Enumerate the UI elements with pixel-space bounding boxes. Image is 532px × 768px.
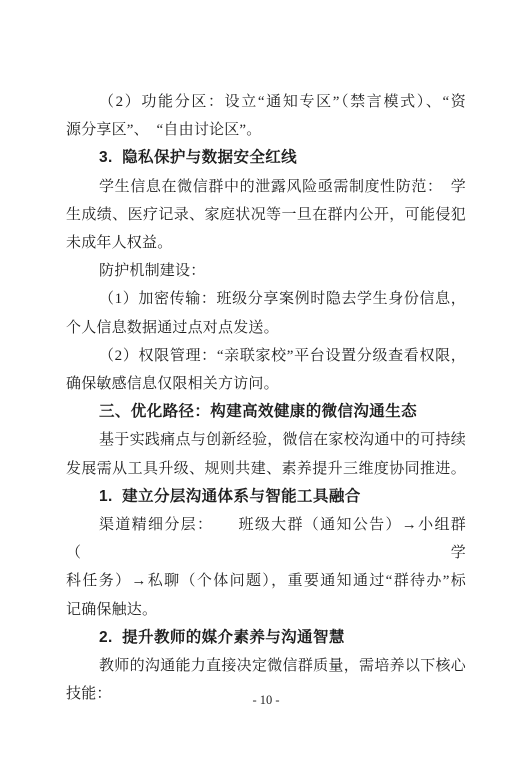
- body-line: 确保敏感信息仅限相关方访问。: [66, 370, 466, 398]
- body-line: 教师的沟通能力直接决定微信群质量，需培养以下核心: [66, 652, 466, 680]
- document-page: （2）功能分区：设立“通知专区”（禁言模式）、“资 源分享区”、 “自由讨论区”…: [66, 88, 466, 708]
- body-line: （2）功能分区：设立“通知专区”（禁言模式）、“资: [66, 88, 466, 116]
- heading-2-teacher-literacy: 2. 提升教师的媒介素养与沟通智慧: [66, 624, 466, 652]
- body-line: 记确保触达。: [66, 596, 466, 624]
- page-number: - 10 -: [0, 693, 532, 708]
- body-line: 渠道精细分层： 班级大群（通知公告）→小组群（学: [66, 511, 466, 567]
- body-line: 学生信息在微信群中的泄露风险亟需制度性防范： 学: [66, 173, 466, 201]
- body-line: 防护机制建设：: [66, 257, 466, 285]
- body-line: 生成绩、医疗记录、家庭状况等一旦在群内公开，可能侵犯: [66, 201, 466, 229]
- body-line: 发展需从工具升级、规则共建、素养提升三维度协同推进。: [66, 455, 466, 483]
- body-line: （2）权限管理：“亲联家校”平台设置分级查看权限，: [66, 342, 466, 370]
- heading-3-privacy-data-safety: 3. 隐私保护与数据安全红线: [66, 144, 466, 172]
- body-line: （1）加密传输：班级分享案例时隐去学生身份信息，: [66, 285, 466, 313]
- body-line: 基于实践痛点与创新经验，微信在家校沟通中的可持续: [66, 426, 466, 454]
- heading-1-layered-communication: 1. 建立分层沟通体系与智能工具融合: [66, 483, 466, 511]
- body-line: 未成年人权益。: [66, 229, 466, 257]
- heading-section-3-optimization: 三、优化路径：构建高效健康的微信沟通生态: [66, 398, 466, 426]
- body-line: 源分享区”、 “自由讨论区”。: [66, 116, 466, 144]
- body-line: 科任务）→私聊（个体问题），重要通知通过“群待办”标: [66, 567, 466, 595]
- body-line: 个人信息数据通过点对点发送。: [66, 314, 466, 342]
